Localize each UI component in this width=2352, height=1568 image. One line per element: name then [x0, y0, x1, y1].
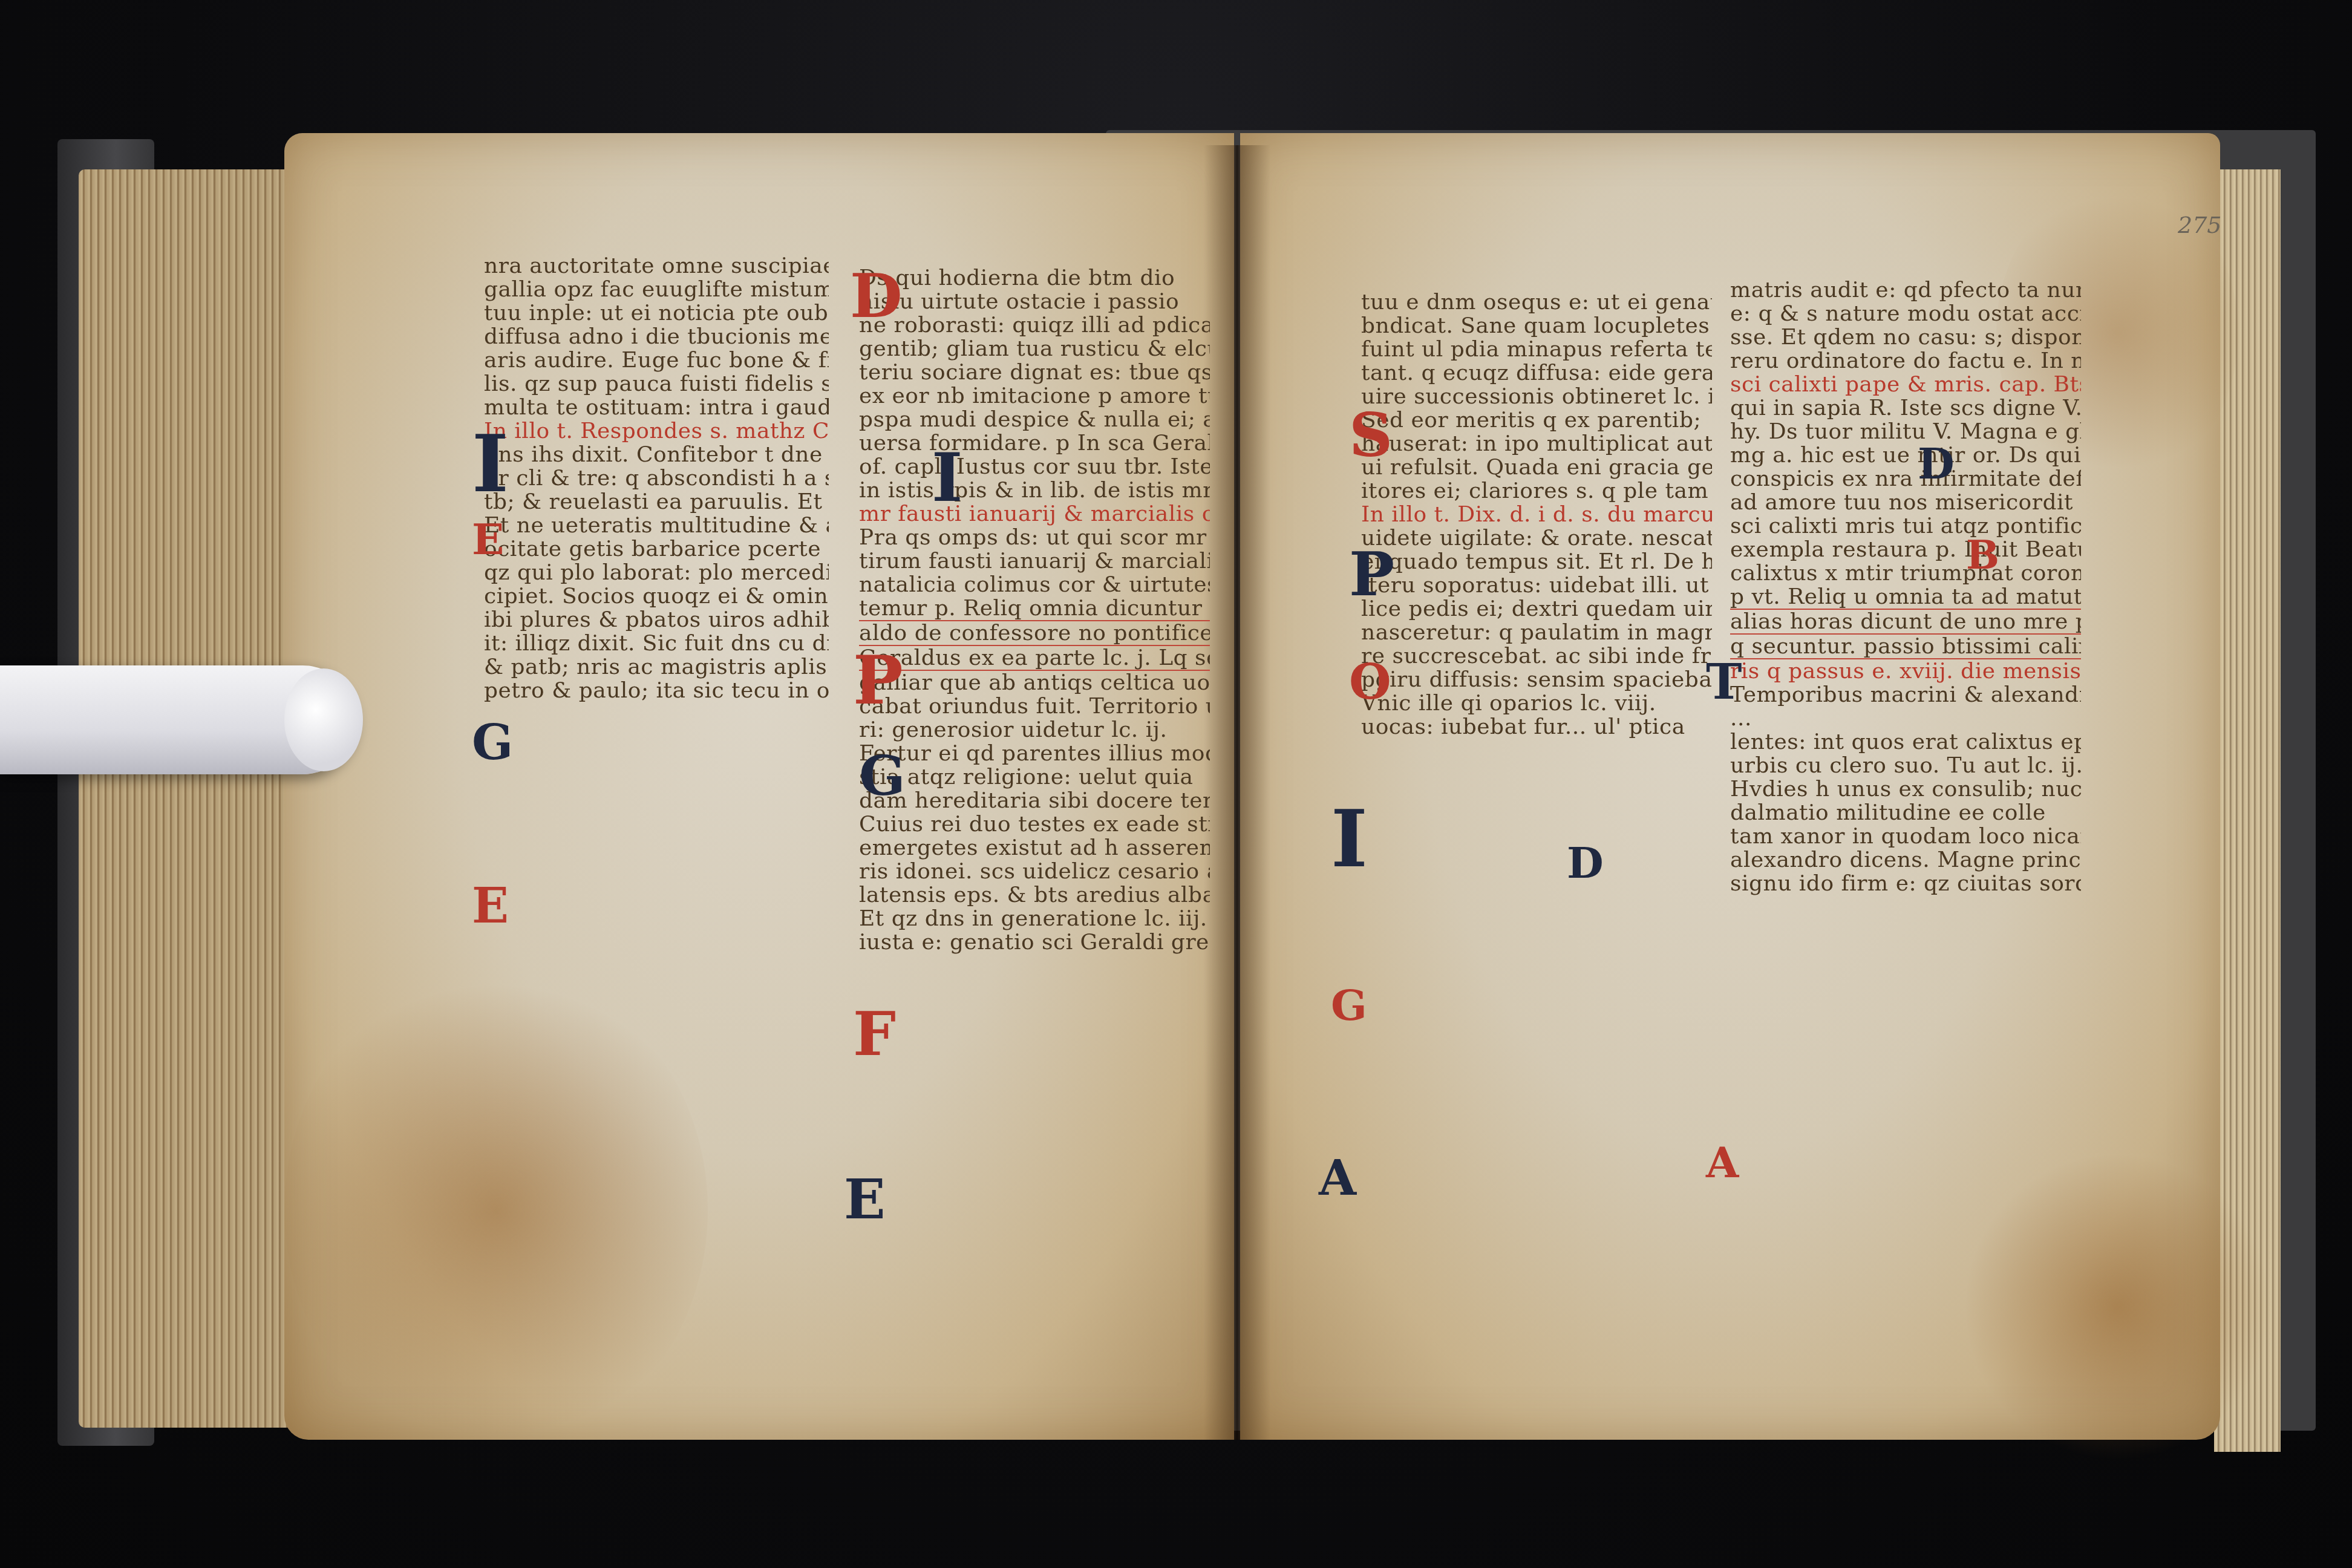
- initial-E-red: E: [472, 877, 509, 934]
- manuscript-line: e: q & s nature modu ostat accidi: [1730, 302, 2081, 325]
- manuscript-line: ad amore tuu nos misericordit per: [1730, 491, 2081, 514]
- manuscript-line: sci calixti pape & mris. cap. Bts ui: [1730, 373, 2081, 396]
- manuscript-line: ris idonei. scs uidelicz cesario are: [859, 860, 1210, 883]
- manuscript-line: ex eor nb imitacione p amore tuo: [859, 384, 1210, 408]
- manuscript-line: Sed eor meritis q ex parentib;: [1361, 408, 1712, 432]
- text-column-1: nra auctoritate omne suscipiaesgallia op…: [484, 254, 829, 702]
- manuscript-line: stia atqz religione: uelut quia: [859, 765, 1210, 789]
- initial-E-blue: E: [844, 1168, 886, 1232]
- initial-F-red: F: [853, 998, 896, 1070]
- manuscript-line: & patb; nris ac magistris aplis suis: [484, 655, 829, 679]
- initial-A-red: A: [1706, 1137, 1739, 1187]
- initial-B-red: B: [1966, 532, 1999, 578]
- manuscript-line: Temporibus macrini & alexandri: [1730, 683, 2081, 707]
- manuscript-line: ris q passus e. xviij. die mensis octubr…: [1730, 659, 2081, 683]
- manuscript-line: itores ei; clariores s. q ple tam fe: [1361, 479, 1712, 503]
- initial-E-red: E: [472, 514, 504, 564]
- manuscript-line: exempla restaura p. Inuit Beatus: [1730, 538, 2081, 561]
- manuscript-line: multa te ostituam: intra i gaudiu: [484, 396, 829, 419]
- manuscript-line: re succrescebat. ac sibi inde frondib;: [1361, 644, 1712, 668]
- manuscript-line: tam xanor in quodam loco nicani: [1730, 825, 2081, 848]
- manuscript-line: in istis vpis & in lib. de istis mrib; I…: [859, 479, 1210, 502]
- manuscript-line: Ds qui hodierna die btm dio: [859, 266, 1210, 290]
- manuscript-line: fuint ul pdia minapus referta test: [1361, 338, 1712, 361]
- manuscript-line: matris audit e: qd pfecto ta nunq: [1730, 278, 2081, 302]
- manuscript-line: natalicia colimus cor & uirtutes imi: [859, 573, 1210, 596]
- manuscript-line: bndicat. Sane quam locupletes ide: [1361, 314, 1712, 338]
- manuscript-line: Et ne ueteratis multitudine & atr: [484, 514, 829, 537]
- manuscript-line: q secuntur. passio btissimi calixti. pp …: [1730, 635, 2081, 659]
- manuscript-line: urbis cu clero suo. Tu aut lc. ij.: [1730, 754, 2081, 777]
- manuscript-line: sse. Et qdem no casu: s; disponente: [1730, 325, 2081, 349]
- text-column-4: matris audit e: qd pfecto ta nunqe: q & …: [1730, 278, 2081, 895]
- manuscript-line: emergetes existut ad h asserendu la: [859, 836, 1210, 860]
- manuscript-line: sci calixti mris tui atqz pontificis: [1730, 514, 2081, 538]
- manuscript-line: uire successionis obtineret lc. iiij.: [1361, 385, 1712, 408]
- manuscript-line: tb; & reuelasti ea paruulis. Et reliq.: [484, 490, 829, 514]
- manuscript-line: Et qz dns in generatione lc. iij.: [859, 907, 1210, 930]
- manuscript-line: diffusa adno i die tbucionis mer: [484, 325, 829, 348]
- manuscript-line: dalmatio militudine ee colle: [1730, 801, 2081, 825]
- manuscript-line: it: illiqz dixit. Sic fuit dns cu dnis: [484, 632, 829, 655]
- manuscript-line: p vt. Reliq u omnia ta ad matut q ad os: [1730, 585, 2081, 610]
- initial-D-red: D: [850, 260, 903, 332]
- manuscript-line: In illo t. Dix. d. i d. s. du marcum: [1361, 503, 1712, 526]
- initial-G-red: G: [1331, 980, 1367, 1030]
- page-edges-left: [79, 169, 296, 1428]
- manuscript-line: iteru soporatus: uidebat illi. ut de pol: [1361, 573, 1712, 597]
- manuscript-line: hauserat: in ipo multiplicat aut: [1361, 432, 1712, 456]
- manuscript-line: gallia opz fac euuglifte mistum: [484, 278, 829, 301]
- initial-P-blue: P: [1349, 538, 1394, 610]
- manuscript-line: aldo de confessore no pontifice pter lcc…: [859, 621, 1210, 646]
- manuscript-line: petro & paulo; ita sic tecu in omnib;: [484, 679, 829, 702]
- manuscript-line: teriu sociare dignat es: tbue qs.: [859, 361, 1210, 384]
- manuscript-line: qz qui plo laborat: plo mercedis ac: [484, 561, 829, 584]
- manuscript-line: latensis eps. & bts aredius albas: [859, 883, 1210, 907]
- book-gutter: [1204, 145, 1270, 1440]
- manuscript-line: reru ordinatore do factu e. In natle: [1730, 349, 2081, 373]
- manuscript-line: qui in sapia R. Iste scs digne V. Amicis…: [1730, 396, 2081, 420]
- manuscript-line: dns ihs dixit. Confitebor t dne: [484, 443, 829, 466]
- manuscript-line: tant. q ecuqz diffusa: eide gerald: [1361, 361, 1712, 385]
- manuscript-line: lentes: int quos erat calixtus eps: [1730, 730, 2081, 754]
- manuscript-line: signu ido firm e: qz ciuitas sordet: [1730, 872, 2081, 895]
- manuscript-line: gentib; gliam tua rusticu & elcu: [859, 337, 1210, 361]
- manuscript-line: cipiet. Socios quoqz ei & ominustros: [484, 584, 829, 608]
- manuscript-line: calixtus x mtir triumphat coronatus incl…: [1730, 561, 2081, 585]
- text-column-3: tuu e dnm osequs e: ut ei genatiobndicat…: [1361, 290, 1712, 739]
- initial-A-blue: A: [1319, 1149, 1356, 1206]
- manuscript-line: tuu e dnm osequs e: ut ei genatio: [1361, 290, 1712, 314]
- glove-fingertip: [284, 668, 363, 771]
- manuscript-line: tirum fausti ianuarij & marcialis: [859, 549, 1210, 573]
- initial-T-blue: T: [1706, 653, 1742, 710]
- manuscript-line: iusta e: genatio sci Geraldi gre: [859, 930, 1210, 954]
- manuscript-line: ui refulsit. Quada eni gracia gen: [1361, 456, 1712, 479]
- manuscript-line: pspa mudi despice & nulla ei; ad: [859, 408, 1210, 431]
- manuscript-line: dam hereditaria sibi docere tenuit: [859, 789, 1210, 812]
- manuscript-line: ne roborasti: quiqz illi ad pdicaoni: [859, 313, 1210, 337]
- manuscript-line: alias horas dicunt de uno mre pter lccon…: [1730, 610, 2081, 635]
- manuscript-line: galliar que ab antiqs celtica uo: [859, 671, 1210, 694]
- manuscript-line: ri: generosior uidetur lc. ij.: [859, 718, 1210, 742]
- folio-number: 275: [2178, 212, 2222, 238]
- initial-D-blue: D: [1918, 439, 1955, 489]
- manuscript-line: Cuius rei duo testes ex eade stirpe: [859, 812, 1210, 836]
- initial-P-red: P: [853, 641, 903, 719]
- manuscript-line: uidete uigilate: & orate. nescatis: [1361, 526, 1712, 550]
- manuscript-line: Pra qs omps ds: ut qui scor mr: [859, 526, 1210, 549]
- initial-S-red: S: [1349, 399, 1393, 471]
- initial-D-blue: D: [1567, 838, 1604, 888]
- manuscript-line: hy. Ds tuor militu V. Magna e glia eius …: [1730, 420, 2081, 443]
- initial-O-red: O: [1349, 653, 1391, 710]
- manuscript-line: In illo t. Respondes s. mathz Confitm: [484, 419, 829, 443]
- manuscript-line: alexandro dicens. Magne princeps h: [1730, 848, 2081, 872]
- initial-I-blue: I: [932, 439, 962, 517]
- initial-I-blue: I: [472, 417, 509, 510]
- manuscript-line: temur p. Reliq omnia dicuntur p sco ger: [859, 596, 1210, 621]
- manuscript-line: ocitate getis barbarice pcerte scies.: [484, 537, 829, 561]
- manuscript-line: Geraldus ex ea parte lc. j. Lq secutur: [859, 646, 1210, 671]
- manuscript-line: of. capl. Iustus cor suu tbr. Iste ofe: [859, 455, 1210, 479]
- text-column-2: Ds qui hodierna die btm dionisiu uirtute…: [859, 266, 1210, 954]
- manuscript-line: nisiu uirtute ostacie i passio: [859, 290, 1210, 313]
- water-stain: [284, 968, 708, 1452]
- manuscript-line: pgiru diffusis: sensim spaciebat.: [1361, 668, 1712, 691]
- manuscript-line: tuu inple: ut ei noticia pte oubiqz: [484, 301, 829, 325]
- manuscript-line: lice pedis ei; dextri quedam uirgula: [1361, 597, 1712, 621]
- initial-G-blue: G: [859, 744, 906, 808]
- manuscript-line: Vnic ille qi oparios lc. viij.: [1361, 691, 1712, 715]
- manuscript-line: conspicis ex nra infirmitate deficere: [1730, 467, 2081, 491]
- manuscript-line: nra auctoritate omne suscipiaes: [484, 254, 829, 278]
- initial-I-blue: I: [1331, 792, 1368, 885]
- initial-G-blue: G: [472, 714, 513, 771]
- manuscript-line: uersa formidare. p In sca Geraldi: [859, 431, 1210, 455]
- manuscript-line: mr fausti ianuarij & marcialis oratio: [859, 502, 1210, 526]
- manuscript-line: Hvdies h unus ex consulib; nuc: [1730, 777, 2081, 801]
- manuscript-line: ...: [1730, 707, 2081, 730]
- manuscript-line: cabat oriundus fuit. Territorio uidel: [859, 694, 1210, 718]
- manuscript-line: nasceretur: q paulatim in magna arbo: [1361, 621, 1712, 644]
- manuscript-line: aris audire. Euge fuc bone & fide: [484, 348, 829, 372]
- manuscript-line: uocas: iubebat fur... ul' ptica: [1361, 715, 1712, 739]
- manuscript-line: Fertur ei qd parentes illius mode: [859, 742, 1210, 765]
- manuscript-line: ibi plures & pbatos uiros adhibu: [484, 608, 829, 632]
- manuscript-line: mg a. hic est ue mtir or. Ds qui nos: [1730, 443, 2081, 467]
- manuscript-line: ei quado tempus sit. Et rl. De hic: [1361, 550, 1712, 573]
- manuscript-line: pr cli & tre: q abscondisti h a sapien: [484, 466, 829, 490]
- manuscript-line: lis. qz sup pauca fuisti fidelis sup: [484, 372, 829, 396]
- water-stain: [1966, 1149, 2269, 1464]
